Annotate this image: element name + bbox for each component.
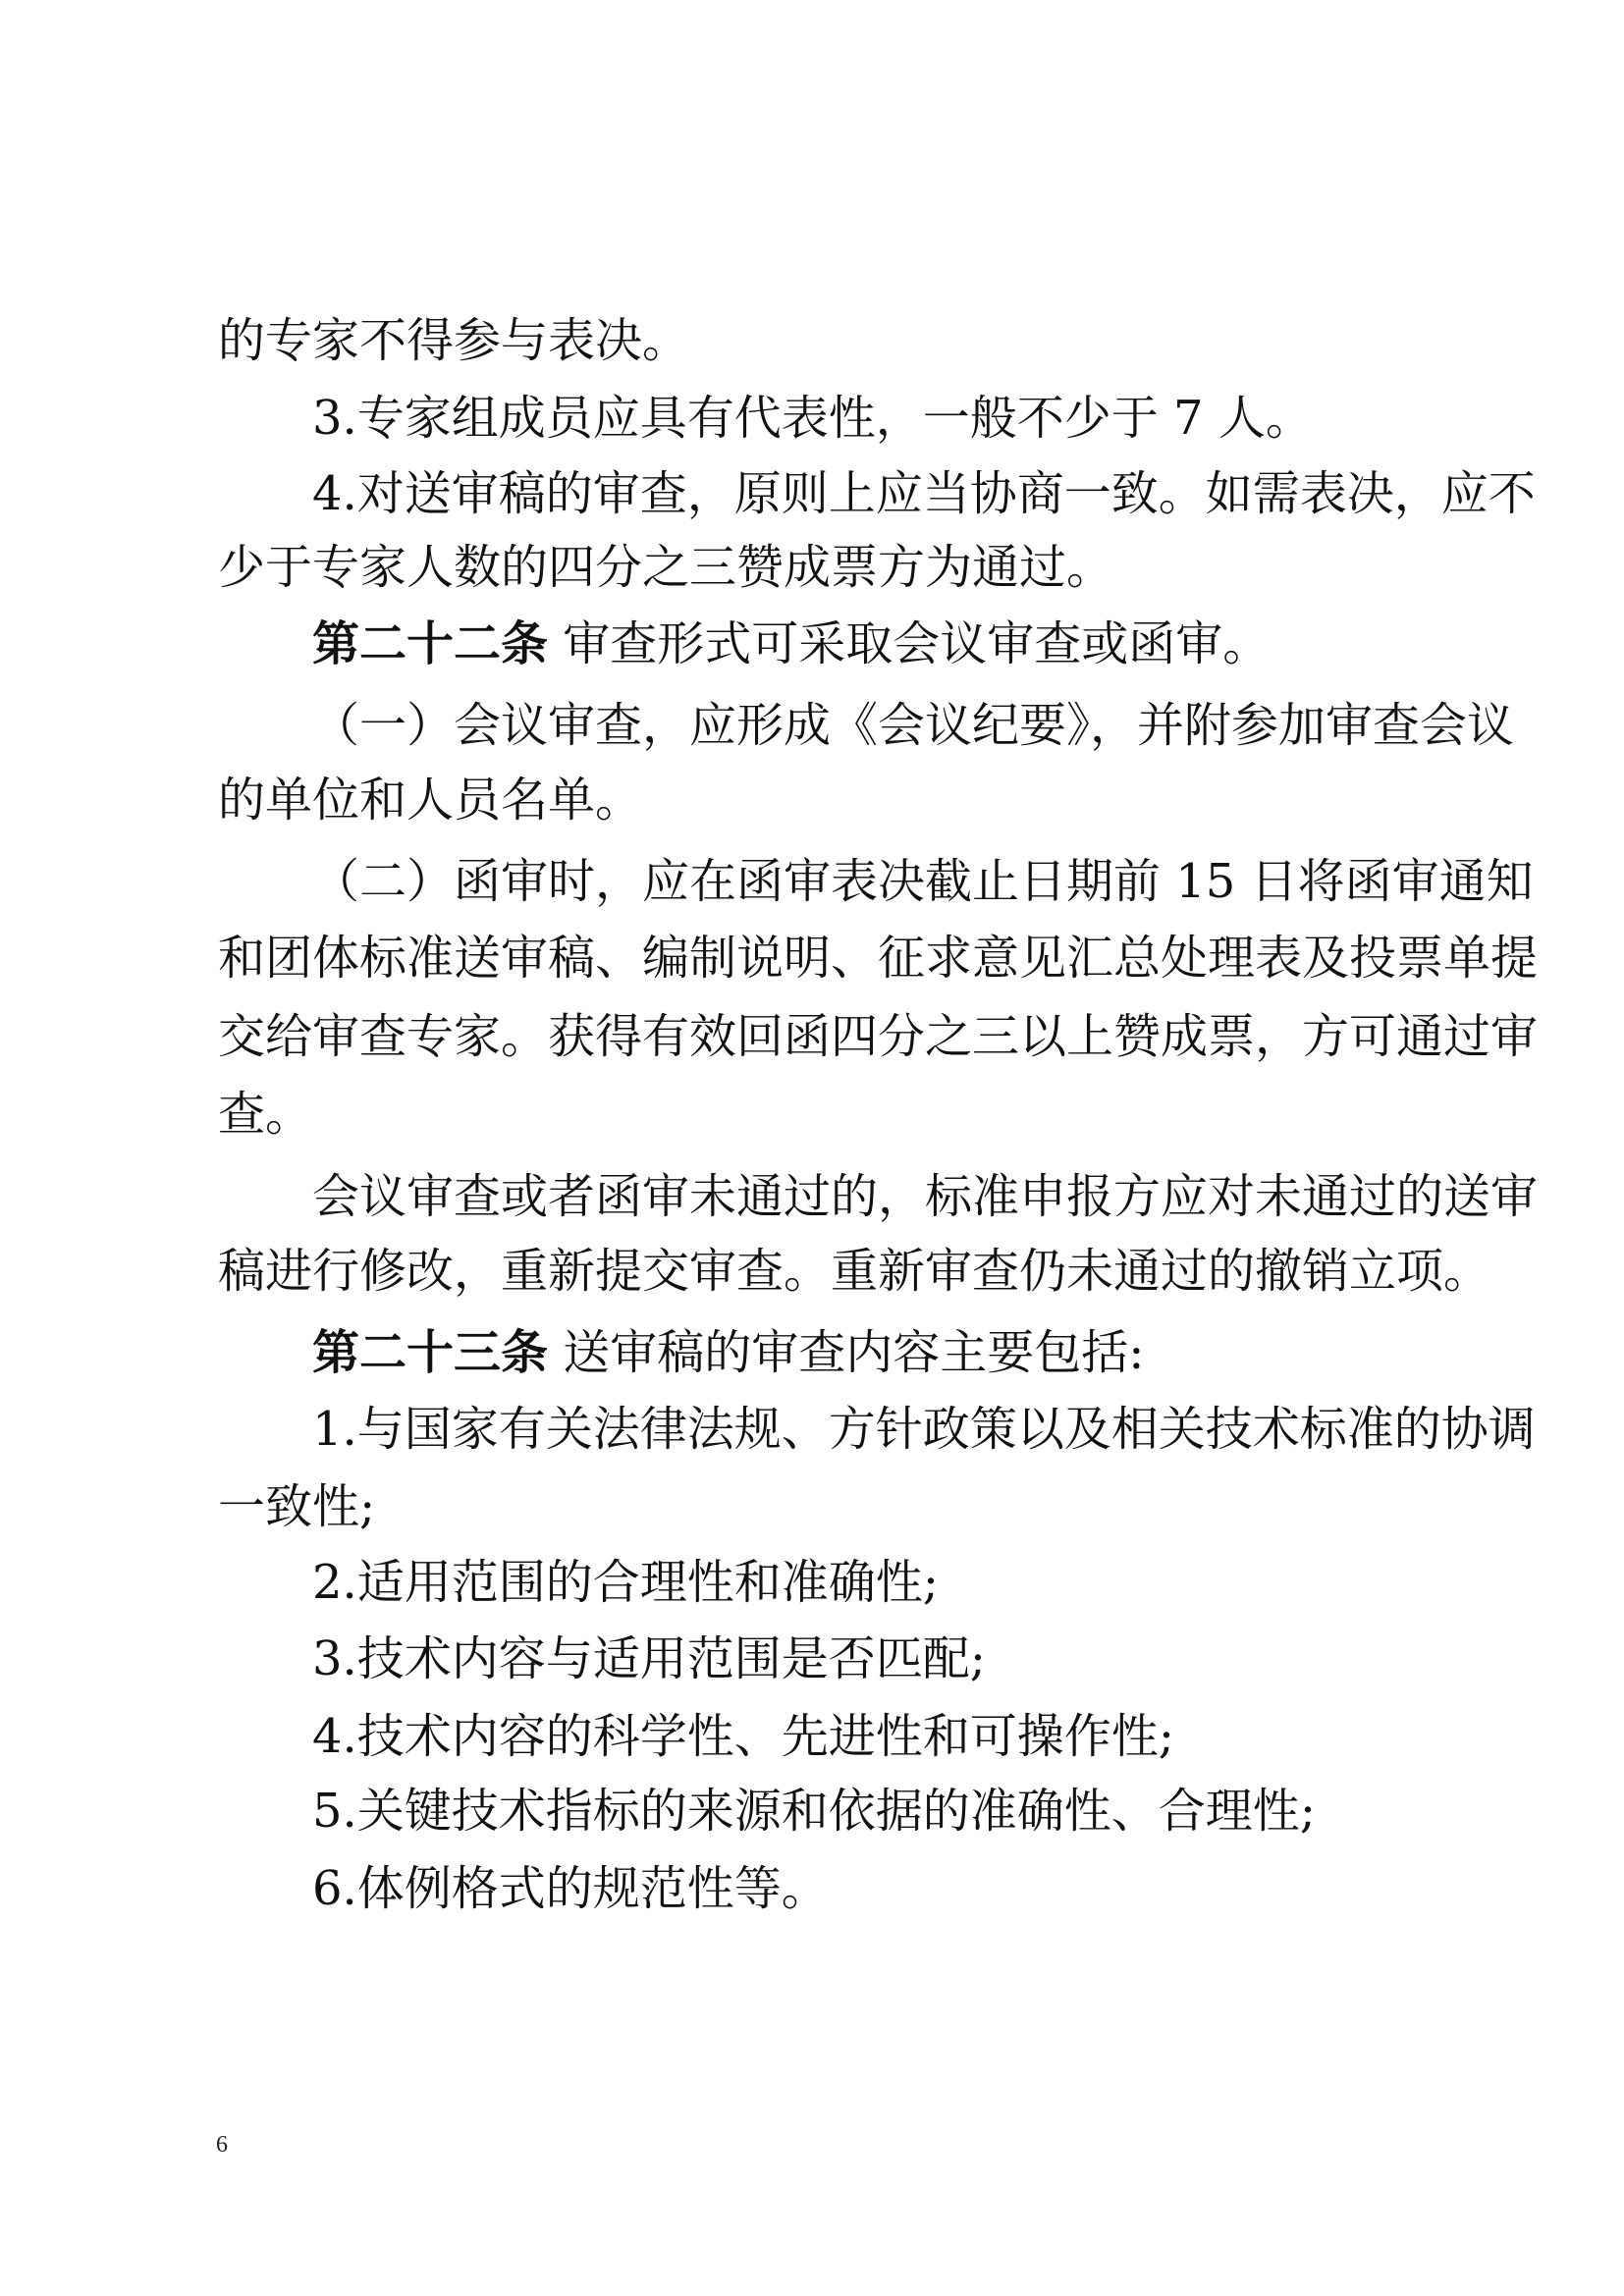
document-page: 的专家不得参与表决。 3.专家组成员应具有代表性，一般不少于 7 人。 4.对送… bbox=[0, 0, 1624, 2296]
text-line: 4.技术内容的科学性、先进性和可操作性; bbox=[312, 1707, 1530, 1766]
text-line: 的单位和人员名单。 bbox=[218, 771, 1435, 829]
text-line: 6.体例格式的规范性等。 bbox=[312, 1859, 1530, 1918]
text-line: 4.对送审稿的审查，原则上应当协商一致。如需表决，应不 bbox=[312, 464, 1530, 523]
text-line: 5.关键技术指标的来源和依据的准确性、合理性; bbox=[312, 1782, 1530, 1841]
text-line: 少于专家人数的四分之三赞成票方为通过。 bbox=[218, 538, 1435, 597]
text-line: 和团体标准送审稿、编制说明、征求意见汇总处理表及投票单提 bbox=[218, 929, 1435, 988]
text-line: 3.技术内容与适用范围是否匹配; bbox=[312, 1629, 1530, 1688]
text-line: 的专家不得参与表决。 bbox=[218, 311, 1435, 370]
text-line: （二）函审时，应在函审表决截止日期前 15 日将函审通知 bbox=[312, 852, 1530, 911]
page-number: 6 bbox=[216, 2132, 228, 2159]
article-heading: 第二十三条 送审稿的审查内容主要包括: bbox=[312, 1323, 1530, 1382]
article-number: 第二十二条 bbox=[312, 616, 548, 671]
text-line: 稿进行修改，重新提交审查。重新审查仍未通过的撤销立项。 bbox=[218, 1242, 1435, 1301]
text-line: 交给审查专家。获得有效回函四分之三以上赞成票，方可通过审 bbox=[218, 1007, 1435, 1066]
text-line: 2.适用范围的合理性和准确性; bbox=[312, 1553, 1530, 1612]
text-line: 1.与国家有关法律法规、方针政策以及相关技术标准的协调 bbox=[312, 1400, 1530, 1459]
article-number: 第二十三条 bbox=[312, 1325, 548, 1380]
article-heading: 第二十二条 审查形式可采取会议审查或函审。 bbox=[312, 614, 1530, 673]
text-line: 3.专家组成员应具有代表性，一般不少于 7 人。 bbox=[312, 389, 1530, 448]
text-line: 查。 bbox=[218, 1085, 1435, 1144]
text-line: 会议审查或者函审未通过的，标准申报方应对未通过的送审 bbox=[312, 1167, 1530, 1226]
text-line: 一致性; bbox=[218, 1477, 1435, 1536]
text-line: （一）会议审查，应形成《会议纪要》，并附参加审查会议 bbox=[312, 696, 1530, 755]
